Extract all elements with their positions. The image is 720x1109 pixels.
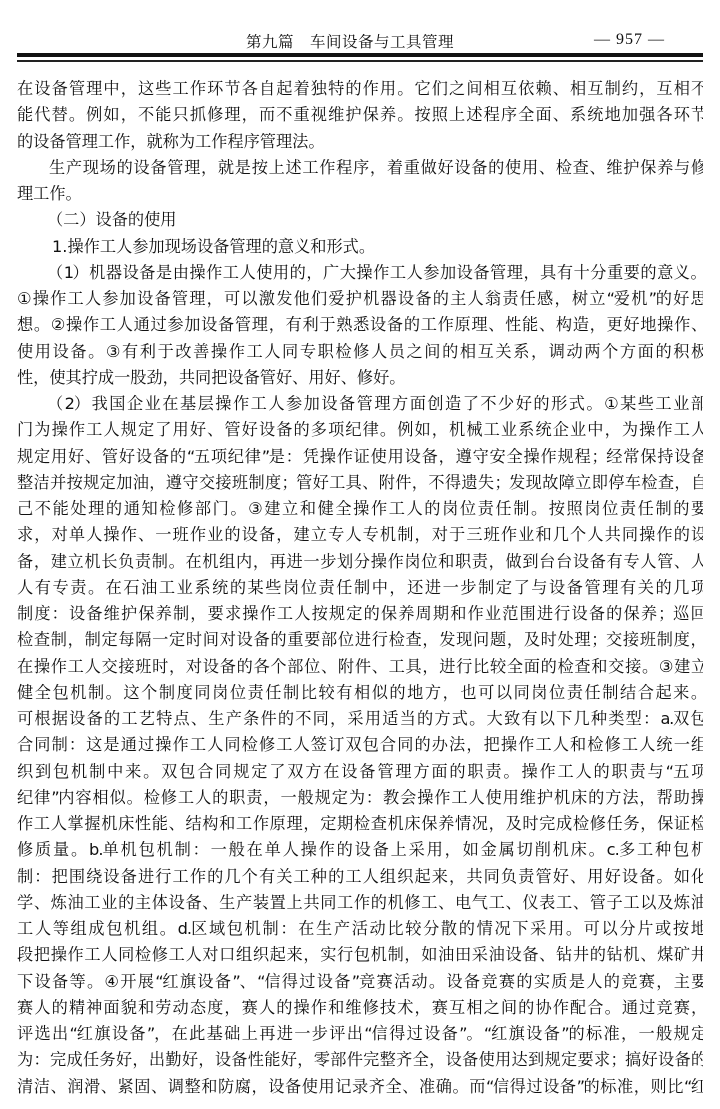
text-line: ① 操 作 工 人 参 加 设 备 管 理 ， 可 以 激 发 他 们 爱 护 … <box>17 286 703 312</box>
text-line: 性，使其拧成一股劲，共同把设备管好、用好、修好。 <box>17 365 703 391</box>
text-line: 评 选 出 “ 红 旗 设 备 ” ， 在 此 基 础 上 再 进 一 步 评 … <box>17 1021 703 1047</box>
text-line: 己 不 能 处 理 的 通 知 检 修 部 门 。 ③ 建 立 和 健 全 操 … <box>17 496 703 522</box>
text-line: 使 用 设 备 。 ③ 有 利 于 改 善 操 作 工 人 同 专 职 检 修 … <box>17 339 703 365</box>
text-line: 下 设 备 等 。 ④ 开 展 “ 红 旗 设 备 ” 、 “ 信 得 过 设 … <box>17 969 703 995</box>
page-number: — 957 — <box>594 31 665 49</box>
text-line: 清 洁 、 润 滑 、 紧 固 、 调 整 和 防 腐 ， 设 备 使 用 记 … <box>17 1074 703 1100</box>
text-line: 门 为 操 作 工 人 规 定 了 用 好 、 管 好 设 备 的 多 项 纪 … <box>17 417 703 443</box>
text-line: 的设备管理工作，就称为工作程序管理法。 <box>17 129 703 155</box>
section-heading: （二）设备的使用 <box>17 207 703 233</box>
text-line: 可 根 据 设 备 的 工 艺 特 点 、 生 产 条 件 的 不 同 ， 采 … <box>17 706 703 732</box>
text-line: 备 ， 建 立 机 长 负 责 制 。 在 机 组 内 ， 再 进 一 步 划 … <box>17 549 703 575</box>
text-line: 检 查 制 ， 制 定 每 隔 一 定 时 间 对 设 备 的 重 要 部 位 … <box>17 627 703 653</box>
text-line: 学 、 炼 油 工 业 的 主 体 设 备 、 生 产 装 置 上 共 同 工 … <box>17 890 703 916</box>
text-line: 规 定 用 好 、 管 好 设 备 的 “ 五 项 纪 律 ” 是 ： 凭 操 … <box>17 444 703 470</box>
text-line: 段 把 操 作 工 人 同 检 修 工 人 对 口 组 织 起 来 ， 实 行 … <box>17 942 703 968</box>
text-line: 生 产 现 场 的 设 备 管 理 ， 就 是 按 上 述 工 作 程 序 ， … <box>17 155 703 181</box>
text-line: （ 2 ） 我 国 企 业 在 基 层 操 作 工 人 参 加 设 备 管 理 … <box>17 391 703 417</box>
text-line: 想 。 ② 操 作 工 人 通 过 参 加 设 备 管 理 ， 有 利 于 熟 … <box>17 312 703 338</box>
text-line: 为 ： 完 成 任 务 好 ， 出 勤 好 ， 设 备 性 能 好 ， 零 部 … <box>17 1047 703 1073</box>
text-line: 健 全 包 机 制 。 这 个 制 度 同 岗 位 责 任 制 比 较 有 相 … <box>17 680 703 706</box>
header-rule-thick <box>17 53 703 57</box>
running-header: 第九篇 车间设备与工具管理 — 957 — <box>0 30 720 54</box>
text-line: 作 工 人 掌 握 机 床 性 能 、 结 构 和 工 作 原 理 ， 定 期 … <box>17 811 703 837</box>
text-line: 工 人 等 组 成 包 机 组 。 d . 区 域 包 机 制 ： 在 生 产 … <box>17 916 703 942</box>
body-text: 在 设 备 管 理 中 ， 这 些 工 作 环 节 各 自 起 着 独 特 的 … <box>17 76 703 1100</box>
text-line: 修 质 量 。 b . 单 机 包 机 制 ： 一 般 在 单 人 操 作 的 … <box>17 837 703 863</box>
text-line: 制 ： 把 围 绕 设 备 进 行 工 作 的 几 个 有 关 工 种 的 工 … <box>17 864 703 890</box>
text-line: 人 有 专 责 。 在 石 油 工 业 系 统 的 某 些 岗 位 责 任 制 … <box>17 575 703 601</box>
text-line: 纪 律 ” 内 容 相 似 。 检 修 工 人 的 职 责 ， 一 般 规 定 … <box>17 785 703 811</box>
text-line: 在 操 作 工 人 交 接 班 时 ， 对 设 备 的 各 个 部 位 、 附 … <box>17 654 703 680</box>
text-line: 在 设 备 管 理 中 ， 这 些 工 作 环 节 各 自 起 着 独 特 的 … <box>17 76 703 102</box>
text-line: 织 到 包 机 制 中 来 。 双 包 合 同 规 定 了 双 方 在 设 备 … <box>17 759 703 785</box>
text-line: 理工作。 <box>17 181 703 207</box>
header-rule-thin <box>17 60 703 62</box>
text-line: 整 洁 并 按 规 定 加 油 ， 遵 守 交 接 班 制 度 ； 管 好 工 … <box>17 470 703 496</box>
text-line: 合 同 制 ： 这 是 通 过 操 作 工 人 同 检 修 工 人 签 订 双 … <box>17 732 703 758</box>
text-line: 赛 人 的 精 神 面 貌 和 劳 动 态 度 ， 赛 人 的 操 作 和 维 … <box>17 995 703 1021</box>
chapter-title: 第九篇 车间设备与工具管理 <box>246 30 454 52</box>
subsection-heading: 1.操作工人参加现场设备管理的意义和形式。 <box>17 234 703 260</box>
text-line: （ 1 ） 机 器 设 备 是 由 操 作 工 人 使 用 的 ， 广 大 操 … <box>17 260 703 286</box>
text-line: 制 度 ： 设 备 维 护 保 养 制 ， 要 求 操 作 工 人 按 规 定 … <box>17 601 703 627</box>
text-line: 求 ， 对 单 人 操 作 、 一 班 作 业 的 设 备 ， 建 立 专 人 … <box>17 522 703 548</box>
text-line: 能 代 替 。 例 如 ， 不 能 只 抓 修 理 ， 而 不 重 视 维 护 … <box>17 102 703 128</box>
